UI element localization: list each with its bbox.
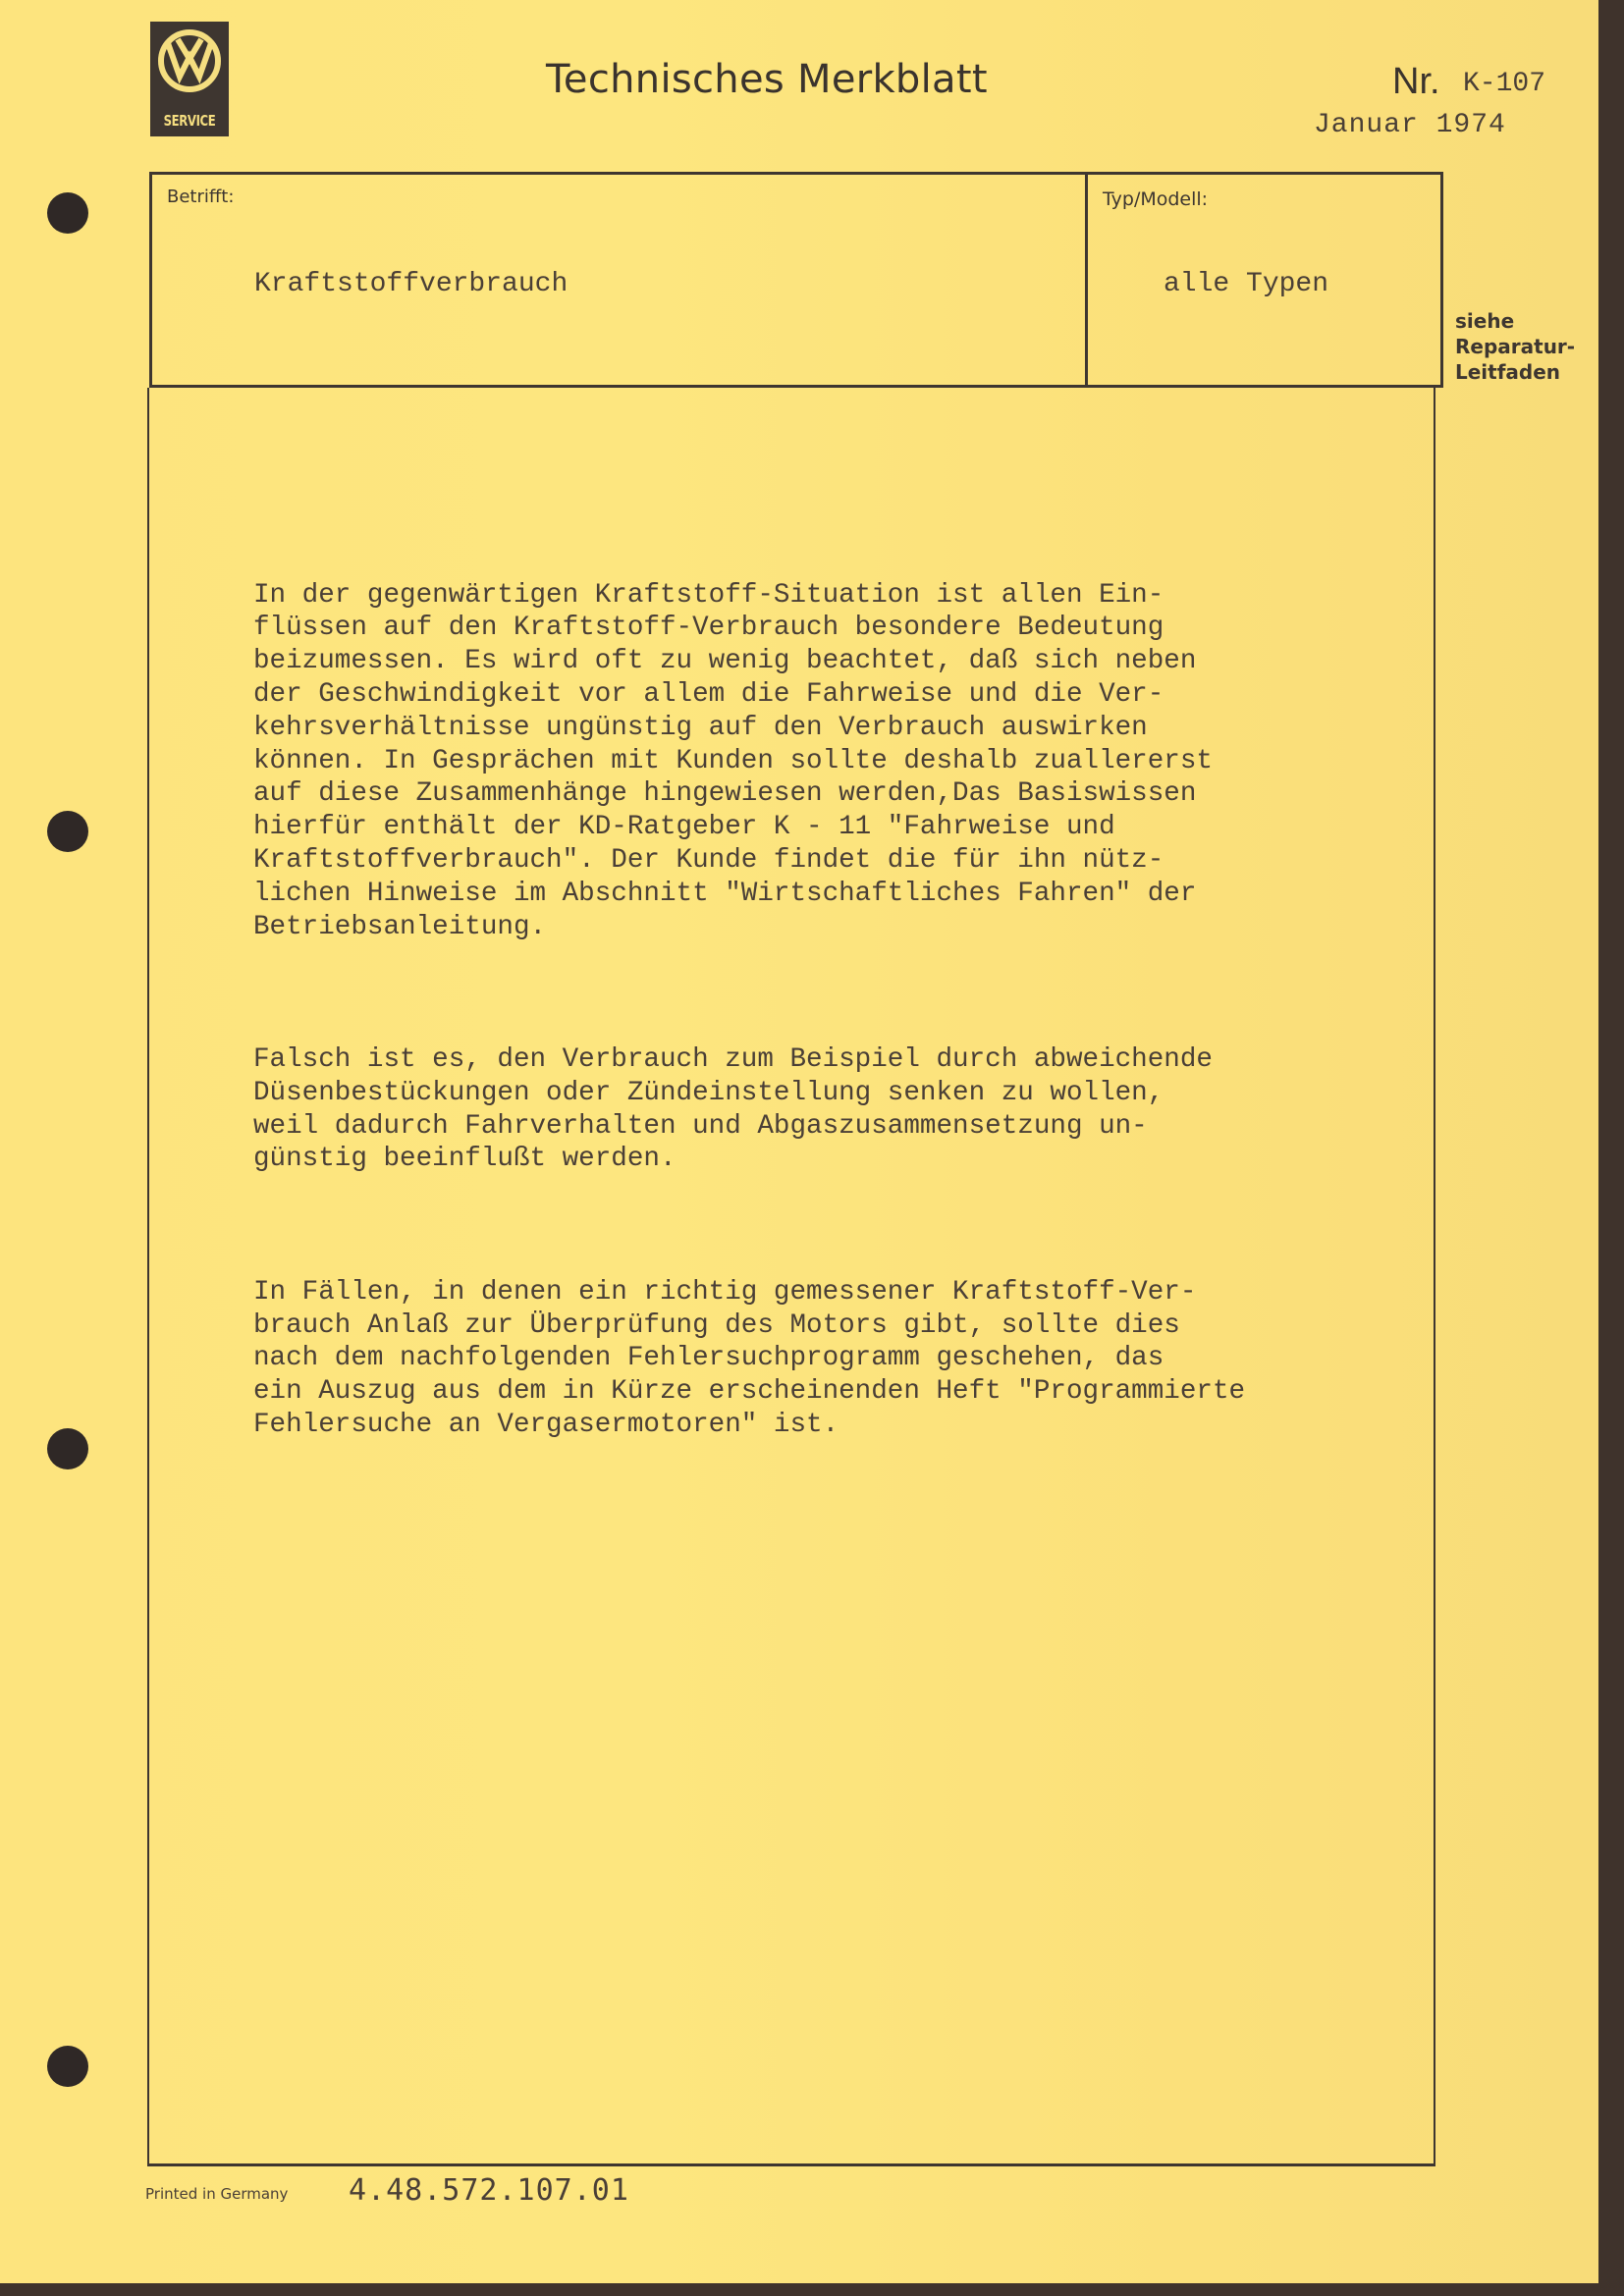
logo-caption: SERVICE: [159, 112, 220, 130]
punch-hole-icon: [47, 1428, 88, 1469]
printed-in-label: Printed in Germany: [145, 2185, 288, 2203]
vw-service-logo: SERVICE: [150, 22, 229, 136]
side-note: siehe Reparatur- Leitfaden: [1455, 308, 1575, 385]
box-divider: [1085, 175, 1088, 385]
paragraph: In der gegenwärtigen Kraftstoff-Situatio…: [253, 579, 1382, 944]
vw-logo-icon: [158, 29, 221, 92]
document-title: Technisches Merkblatt: [546, 57, 988, 102]
form-code: 4.48.572.107.01: [349, 2173, 629, 2208]
punch-hole-icon: [47, 192, 88, 234]
subject-value: Kraftstoffverbrauch: [254, 269, 568, 299]
body-text: In der gegenwärtigen Kraftstoff-Situatio…: [253, 512, 1382, 1541]
punch-hole-icon: [47, 2046, 88, 2087]
model-label: Typ/Modell:: [1103, 188, 1208, 210]
punch-hole-icon: [47, 811, 88, 852]
side-note-line: siehe: [1455, 308, 1575, 334]
subject-box: Betrifft: Kraftstoffverbrauch Typ/Modell…: [149, 172, 1443, 388]
document-date: Januar 1974: [1314, 110, 1506, 140]
model-value: alle Typen: [1164, 269, 1328, 299]
paragraph: Falsch ist es, den Verbrauch zum Beispie…: [253, 1043, 1382, 1176]
side-note-line: Leitfaden: [1455, 359, 1575, 385]
subject-label: Betrifft:: [167, 187, 234, 207]
document-number: K-107: [1463, 69, 1545, 99]
side-note-line: Reparatur-: [1455, 334, 1575, 359]
document-page: SERVICE Technisches Merkblatt Nr. K-107 …: [0, 0, 1598, 2283]
paragraph: In Fällen, in denen ein richtig gemessen…: [253, 1276, 1382, 1442]
number-label: Nr.: [1392, 61, 1440, 103]
